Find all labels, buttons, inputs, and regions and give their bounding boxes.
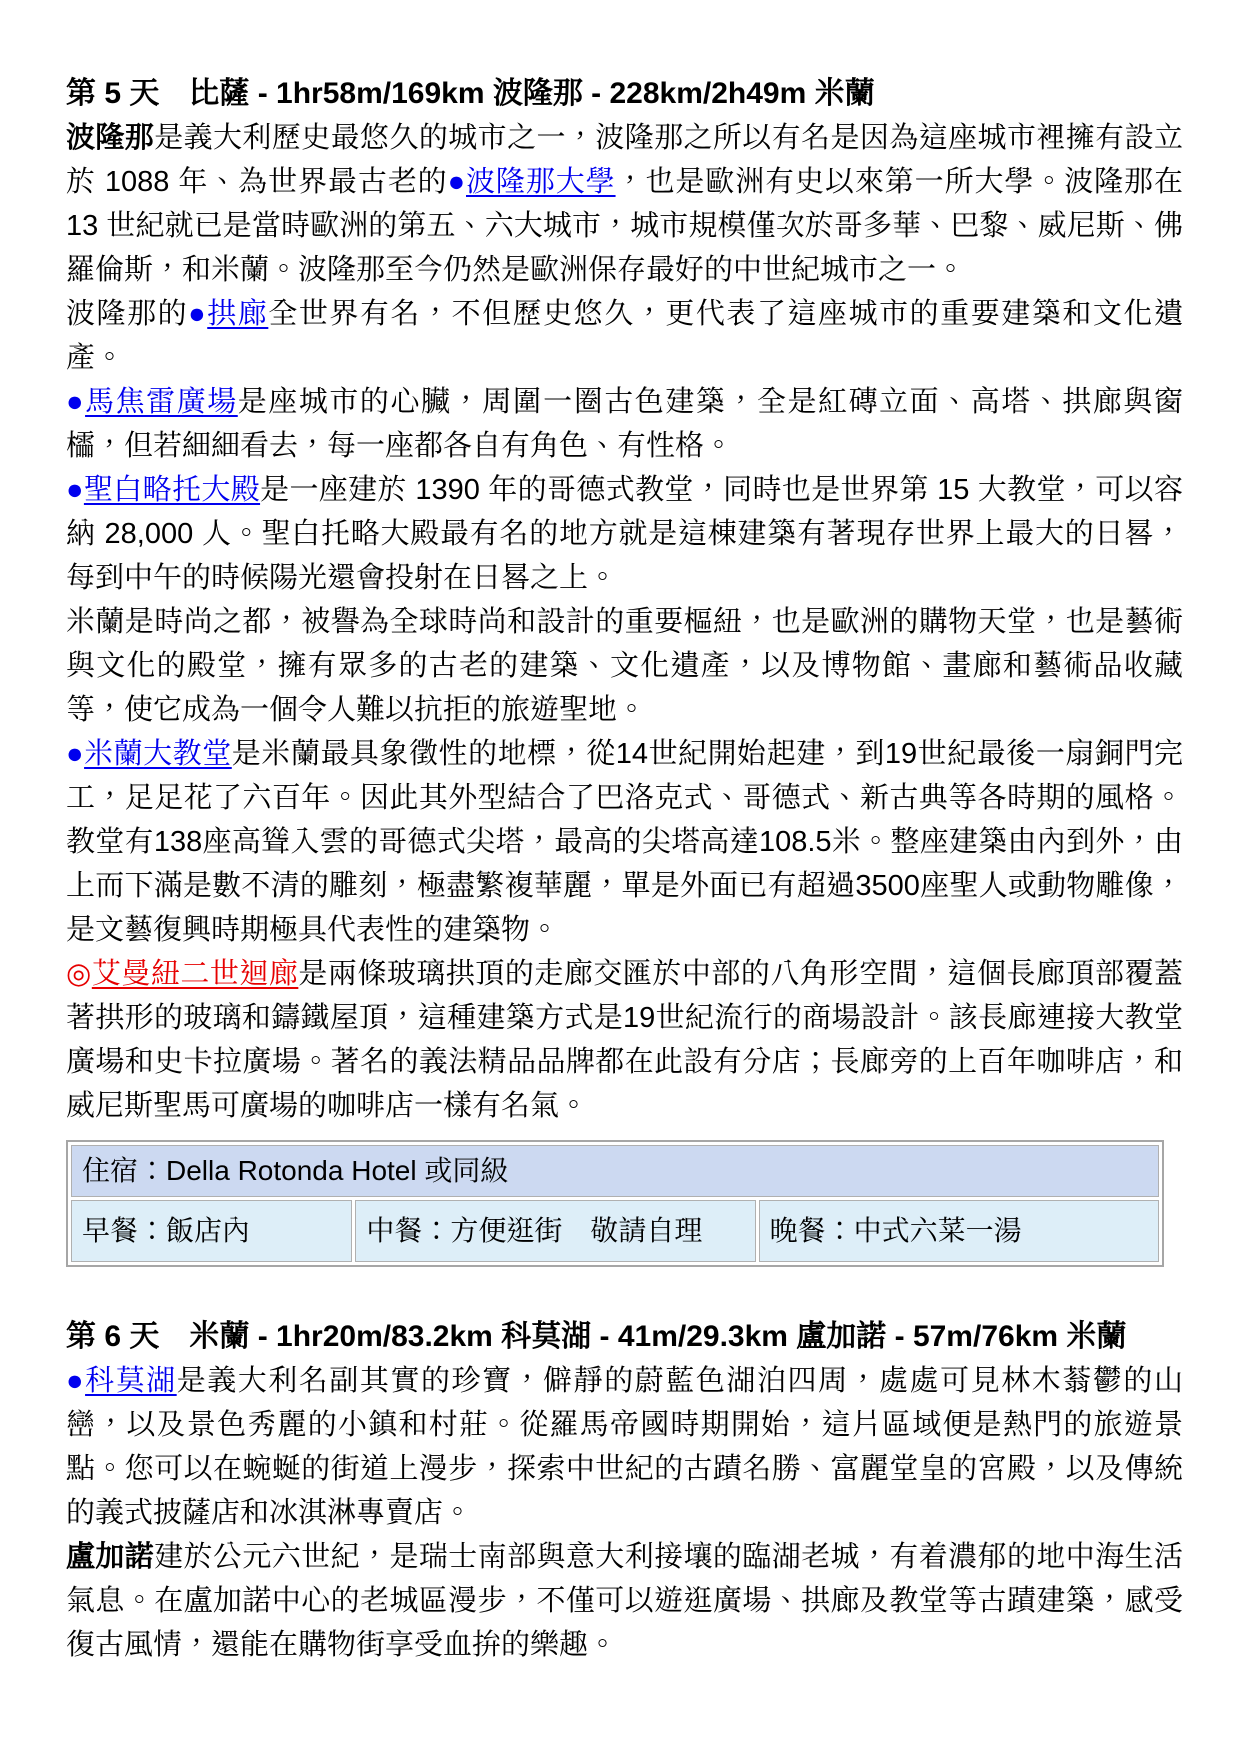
lodging-cell: 住宿：Della Rotonda Hotel 或同級: [71, 1145, 1159, 1197]
text-segment: 是米蘭最具象徵性的地標，從14世紀開始起建，到19世紀最後一扇銅門完工，足足花了…: [66, 738, 1183, 946]
text-segment: 波隆那: [66, 122, 154, 154]
paragraph-milan-intro: 米蘭是時尚之都，被譽為全球時尚和設計的重要樞紐，也是歐洲的購物天堂，也是藝術與文…: [66, 600, 1183, 732]
text-segment: 波隆那的: [66, 298, 188, 330]
day5-heading: 第 5 天 比薩 - 1hr58m/169km 波隆那 - 228km/2h49…: [66, 72, 1183, 116]
lodging-meal-table: 住宿：Della Rotonda Hotel 或同級 早餐：飯店內 中餐：方便逛…: [66, 1140, 1164, 1267]
inline-link[interactable]: 拱廊: [207, 298, 268, 330]
bullet-icon: ●: [188, 298, 207, 330]
inline-link[interactable]: 科莫湖: [85, 1365, 177, 1397]
paragraph-porticoes: 波隆那的●拱廊全世界有名，不但歷史悠久，更代表了這座城市的重要建築和文化遺產。: [66, 292, 1183, 380]
inline-link[interactable]: 艾曼紐二世迴廊: [92, 958, 299, 990]
breakfast-cell: 早餐：飯店內: [71, 1200, 352, 1262]
bullet-icon: ●: [66, 1365, 85, 1397]
meals-row: 早餐：飯店內 中餐：方便逛街 敬請自理 晚餐：中式六菜一湯: [71, 1200, 1159, 1262]
paragraph-bologna-intro: 波隆那是義大利歷史最悠久的城市之一，波隆那之所以有名是因為這座城市裡擁有設立於 …: [66, 116, 1183, 292]
day6-heading: 第 6 天 米蘭 - 1hr20m/83.2km 科莫湖 - 41m/29.3k…: [66, 1315, 1183, 1359]
text-segment: 建於公元六世紀，是瑞士南部與意大利接壤的臨湖老城，有着濃郁的地中海生活氣息。在盧…: [66, 1541, 1183, 1661]
itinerary-document-page: 第 5 天 比薩 - 1hr58m/169km 波隆那 - 228km/2h49…: [0, 0, 1241, 1755]
bullet-icon: ●: [66, 474, 84, 506]
paragraph-milan-duomo: ●米蘭大教堂是米蘭最具象徵性的地標，從14世紀開始起建，到19世紀最後一扇銅門完…: [66, 732, 1183, 952]
text-segment: 盧加諾: [66, 1541, 154, 1573]
inline-link[interactable]: 波隆那大學: [466, 166, 616, 198]
lodging-row: 住宿：Della Rotonda Hotel 或同級: [71, 1145, 1159, 1197]
paragraph-lake-como: ●科莫湖是義大利名副其實的珍寶，僻靜的蔚藍色湖泊四周，處處可見林木蓊鬱的山巒，以…: [66, 1359, 1183, 1535]
inline-link[interactable]: 米蘭大教堂: [84, 738, 232, 770]
inline-link[interactable]: 聖白略托大殿: [84, 474, 260, 506]
inline-link[interactable]: 馬焦雷廣場: [85, 386, 238, 418]
bullet-icon: ●: [448, 166, 466, 198]
paragraph-galleria-vittorio: ◎艾曼紐二世迴廊是兩條玻璃拱頂的走廊交匯於中部的八角形空間，這個長廊頂部覆蓋著拱…: [66, 952, 1183, 1128]
dinner-cell: 晚餐：中式六菜一湯: [759, 1200, 1159, 1262]
bullet-icon: ●: [66, 738, 84, 770]
bullet-icon: ●: [66, 386, 85, 418]
text-segment: 米蘭是時尚之都，被譽為全球時尚和設計的重要樞紐，也是歐洲的購物天堂，也是藝術與文…: [66, 606, 1183, 726]
paragraph-lugano: 盧加諾建於公元六世紀，是瑞士南部與意大利接壤的臨湖老城，有着濃郁的地中海生活氣息…: [66, 1535, 1183, 1667]
text-segment: 是義大利名副其實的珍寶，僻靜的蔚藍色湖泊四周，處處可見林木蓊鬱的山巒，以及景色秀…: [66, 1365, 1183, 1529]
lunch-cell: 中餐：方便逛街 敬請自理: [355, 1200, 755, 1262]
bullet-icon: ◎: [66, 958, 92, 990]
paragraph-san-petronio: ●聖白略托大殿是一座建於 1390 年的哥德式教堂，同時也是世界第 15 大教堂…: [66, 468, 1183, 600]
paragraph-piazza-maggiore: ●馬焦雷廣場是座城市的心臟，周圍一圈古色建築，全是紅磚立面、高塔、拱廊與窗櫺，但…: [66, 380, 1183, 468]
